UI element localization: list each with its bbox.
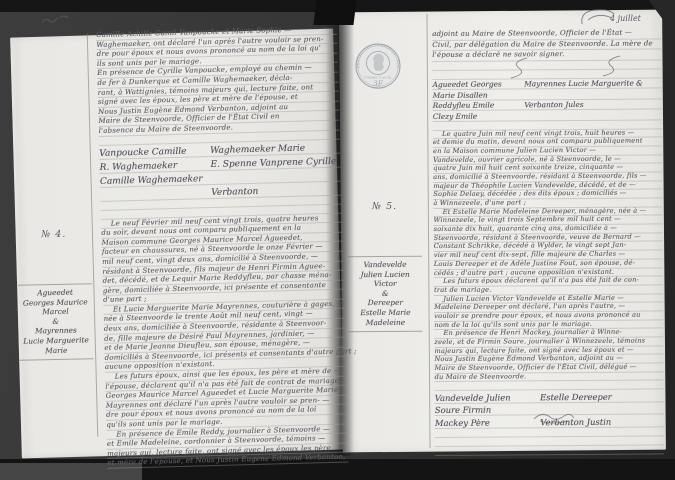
right-page-text-column: adjoint au Maire de Steenvoorde, Officie… xyxy=(432,11,664,456)
act-number-5: № 5. xyxy=(348,198,422,219)
signature-left: Agueedet Georges xyxy=(432,79,524,89)
act-4-ending: adjoint au Maire de Steenvoorde, Officie… xyxy=(432,28,661,61)
left-margin-annotation: № 4. AgueedetGeorges MauriceMarcel&Mayre… xyxy=(16,187,94,399)
right-margin-annotation: № 5. VandeveldeJulien LucienVictor&Deree… xyxy=(347,160,422,371)
margin-name-line: Vandevelde xyxy=(348,260,422,270)
marianne-head-icon xyxy=(373,54,384,71)
scanned-registry-photo: RÉPUBLIQUE FRANÇAISE · TIMBRE TIMBRE FIS… xyxy=(0,0,675,480)
left-page-text-column: Camille Achille Camil Vanpoucke et Marie… xyxy=(96,25,348,469)
act-5-text: Le quatre Juin mil neuf cent vingt trois… xyxy=(433,129,664,383)
blank-ruled-lines xyxy=(432,60,661,80)
margin-name-line: Estelle Marie xyxy=(348,308,422,318)
signature-right: Estelle Dereeper xyxy=(540,391,664,402)
previous-act-ending: Camille Achille Camil Vanpoucke et Marie… xyxy=(96,25,340,137)
signature-left: Marie Disallen xyxy=(433,90,525,100)
act-number-4: № 4. xyxy=(17,225,91,247)
stamp-value: 3F xyxy=(373,79,384,88)
signature-left: Mackey Père xyxy=(435,417,540,428)
signature-left: Clezy Emile xyxy=(433,111,525,121)
signature-left: Reddyfleu Emile xyxy=(433,100,525,110)
fiscal-stamp: RÉPUBLIQUE FRANÇAISE · TIMBRE TIMBRE FIS… xyxy=(353,41,403,91)
flourish-mark xyxy=(505,56,535,80)
margin-name-line: Lucie Marguerite xyxy=(19,335,93,346)
book-spine-top xyxy=(313,0,356,25)
signature-left: Soure Firmin xyxy=(435,405,540,416)
pencil-scribble xyxy=(40,12,74,28)
paraph-flourish xyxy=(530,410,576,424)
margin-name-line: Victor xyxy=(348,279,422,289)
right-margin-names-box: VandeveldeJulien LucienVictor&DereeperEs… xyxy=(348,256,423,333)
margin-name-line: Marie xyxy=(19,345,93,356)
flourish-mark xyxy=(596,54,626,78)
act4-signatures: Agueedet Georges Mayrennes Lucie Marguer… xyxy=(432,78,661,122)
left-margin-names-box: AgueedetGeorges MauriceMarcel&MayrennesL… xyxy=(18,283,94,361)
act3-spouse-signatures: Vanpoucke Camille Waghemaeker Marie R. W… xyxy=(99,139,341,201)
signature-right: Mayrennes Lucie Marguerite & xyxy=(524,78,661,88)
signature-left: Vandevelde Julien xyxy=(435,392,540,403)
margin-name-line: Julien Lucien xyxy=(348,269,422,279)
margin-name-line: Madeleine xyxy=(348,317,422,327)
margin-name-line: Dereeper xyxy=(348,298,422,308)
act-4-text: Le neuf Février mil neuf cent vingt troi… xyxy=(101,213,348,469)
signature-right: Verbanton Jules xyxy=(524,99,661,109)
blank-ruled-lines xyxy=(435,427,664,456)
margin-name-line: & xyxy=(348,289,422,299)
